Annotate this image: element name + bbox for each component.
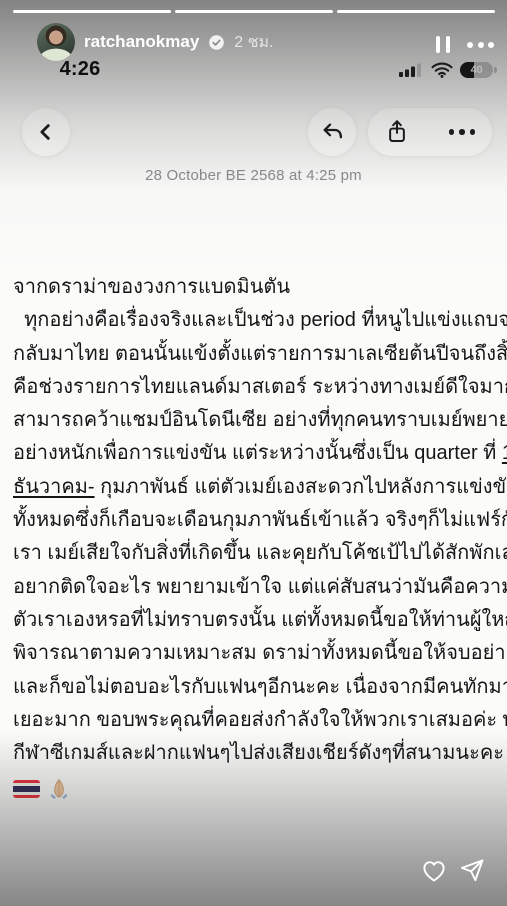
text-line: กีฬาซีเกมส์และฝากแฟนๆไปส่งเสียงเชียร์ดัง… (13, 737, 503, 770)
back-button[interactable] (22, 108, 70, 156)
wifi-icon (431, 62, 453, 78)
text-line: ทั้งหมดซึ่งก็เกือบจะเดือนกุมภาพันธ์เข้าแ… (13, 504, 503, 537)
pause-button[interactable] (436, 36, 451, 53)
progress-segment (337, 10, 495, 13)
share-icon (385, 118, 409, 146)
text-line: จากดราม่าของวงการแบดมินตัน (13, 271, 503, 304)
more-options-button[interactable] (449, 129, 476, 135)
heart-icon (420, 857, 448, 884)
text-line: และก็ขอไม่ตอบอะไรกับแฟนๆอีกนะคะ เนื่องจา… (13, 671, 503, 704)
battery-icon: 40 (460, 62, 493, 78)
text-line: ทุกอย่างคือเรื่องจริงและเป็นช่วง period … (13, 304, 503, 337)
screenshot-content: 4:26 40 (0, 0, 507, 906)
battery-nub (494, 67, 497, 73)
verified-badge-icon (208, 34, 225, 51)
praying-hands-icon (47, 777, 71, 801)
text-line: คือช่วงรายการไทยแลนด์มาสเตอร์ ระหว่างทาง… (13, 371, 503, 404)
share-button[interactable] (385, 118, 409, 146)
share-toolbar (368, 108, 492, 156)
text-line: อยากติดใจอะไร พยายามเข้าใจ แต่แค่สับสนว่… (13, 571, 503, 604)
avatar[interactable] (37, 23, 75, 61)
progress-segment (13, 10, 171, 13)
battery-percent: 40 (460, 62, 493, 78)
text-area: จากดราม่าของวงการแบดมินตัน ทุกอย่างคือเร… (13, 271, 503, 806)
text-line: ตัวเราเองหรอที่ไม่ทราบตรงนั้น แต่ทั้งหมด… (13, 604, 503, 637)
story-header[interactable]: ratchanokmay 2 ชม. (37, 23, 273, 61)
text-line: เยอะมาก ขอบพระคุณที่คอยส่งกำลังใจให้พวกเ… (13, 704, 503, 737)
username[interactable]: ratchanokmay (84, 32, 199, 52)
thai-flag-icon (13, 780, 40, 798)
text-line: สามารถคว้าแชมป์อินโดนีเซีย อย่างที่ทุกคน… (13, 404, 503, 437)
paper-plane-icon (458, 857, 486, 884)
text-line: กลับมาไทย ตอนนั้นแข้งตั้งแต่รายการมาเลเซ… (13, 338, 503, 371)
ellipsis-icon (449, 129, 476, 135)
emoji-row (13, 772, 503, 805)
status-bar-icons: 40 (399, 62, 493, 78)
text-line: พิจารณาตามความเหมาะสม ดราม่าทั้งหมดนี้ขอ… (13, 637, 503, 670)
story-ellipsis-icon (467, 42, 494, 48)
story-text: จากดราม่าของวงการแบดมินตัน ทุกอย่างคือเร… (13, 271, 503, 770)
like-button[interactable] (420, 857, 448, 887)
text-line: ธันวาคม- กุมภาพันธ์ แต่ตัวเมย์เองสะดวกไป… (13, 471, 503, 504)
text-line: เรา เมย์เสียใจกับสิ่งที่เกิดขึ้น และคุยก… (13, 537, 503, 570)
story-view: 4:26 40 (0, 0, 507, 906)
cellular-signal-icon (399, 62, 424, 78)
undo-button[interactable] (308, 108, 356, 156)
chevron-left-icon (35, 121, 57, 143)
story-progress-bar (13, 10, 495, 13)
text-line: อย่างหนักเพื่อการแข่งขัน แต่ระหว่างนั้นซ… (13, 437, 503, 470)
share-story-button[interactable] (458, 857, 486, 887)
status-bar-time: 4:26 (38, 58, 122, 81)
undo-icon (319, 121, 345, 143)
pause-icon (436, 36, 451, 53)
photo-date-caption: 28 October BE 2568 at 4:25 pm (0, 167, 507, 184)
story-time-ago: 2 ชม. (234, 30, 273, 55)
progress-segment (175, 10, 333, 13)
